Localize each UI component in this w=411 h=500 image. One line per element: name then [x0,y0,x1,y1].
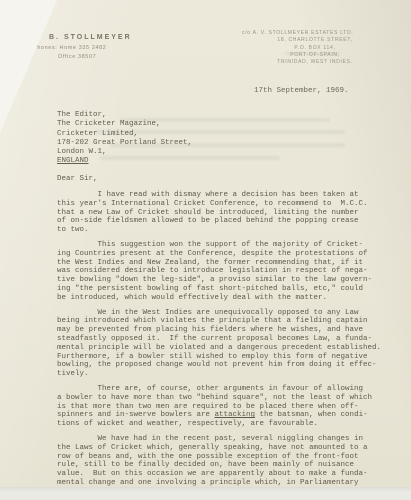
paragraph-5: We have had in the recent past, several … [57,435,387,488]
backing-surface [0,487,411,500]
paragraph-4: There are, of course, other arguments in… [57,385,387,429]
recipient-line: The Editor, [57,111,192,120]
paragraph-3: We in the West Indies are unequivocally … [57,309,387,379]
letterhead-name: B. STOLLMEYER [49,34,132,41]
sender-address-line: 18, CHARLOTTE STREET, [240,37,390,44]
recipient-line: 178-202 Great Portland Street, [57,139,192,148]
underlined-word: attacking [215,411,256,419]
scan-background: B. STOLLMEYER Phones: Home 335 2482 Offi… [0,0,411,500]
recipient-line: London W.1, [57,148,192,157]
recipient-line: The Cricketer Magazine, [57,120,192,129]
sender-address-line: TRINIDAD, WEST INDIES. [240,59,390,66]
paragraph-1: I have read with dismay where a decision… [57,191,387,235]
salutation: Dear Sir, [57,175,98,183]
recipient-country: ENGLAND [57,157,192,166]
recipient-line: Cricketer Limited, [57,130,192,139]
letter-body: I have read with dismay where a decision… [57,191,387,494]
recipient-address-block: The Editor, The Cricketer Magazine, Cric… [57,111,192,167]
paragraph-2: This suggestion won the support of the m… [57,241,387,303]
sender-address-block: c/o A. V. STOLLMEYER ESTATES LTD. 18, CH… [240,30,390,66]
letterhead-phone-office: Office 38507 [58,54,96,60]
sender-address-line: PORT-OF-SPAIN, [240,52,390,59]
letterhead-phone-home: Phones: Home 335 2482 [33,45,106,51]
letter-paper: B. STOLLMEYER Phones: Home 335 2482 Offi… [0,0,411,487]
sender-address-line: P.O. BOX 114, [240,45,390,52]
date-line: 17th September, 1969. [254,87,349,95]
sender-address-line: c/o A. V. STOLLMEYER ESTATES LTD. [240,30,390,37]
